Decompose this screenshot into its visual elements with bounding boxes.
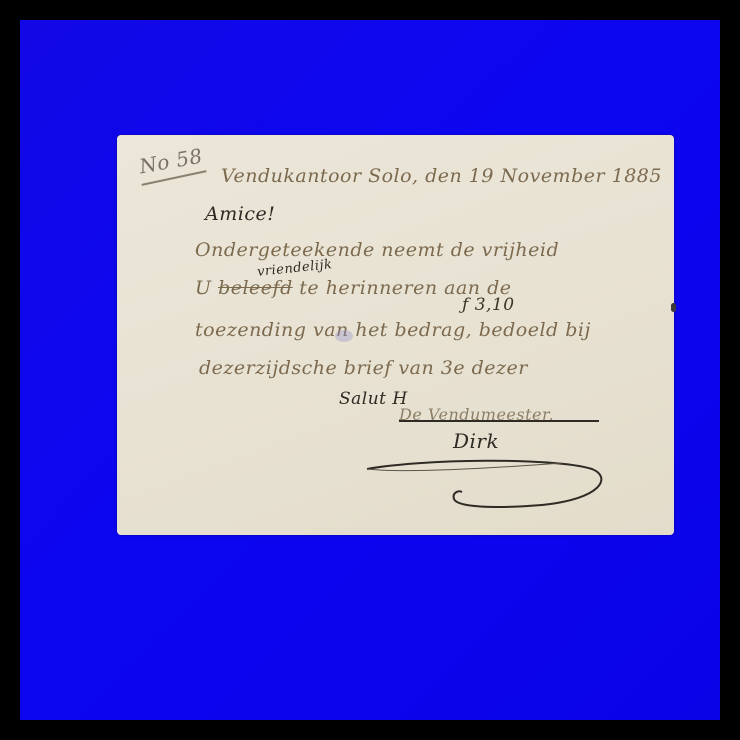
closing: Salut H <box>339 389 408 409</box>
salutation: Amice! <box>205 203 275 225</box>
signature: Dirk <box>453 429 499 453</box>
body-line-1: Ondergeteekende neemt de vrijheid <box>195 239 559 261</box>
signature-flourish <box>362 457 612 517</box>
struck-word: beleefd <box>218 277 293 299</box>
ink-blot <box>335 330 353 342</box>
postcard: No 58 Vendukantoor Solo, den 19 November… <box>117 135 674 535</box>
edge-mark <box>671 303 676 312</box>
heading-place-date: Vendukantoor Solo, den 19 November 1885 <box>221 165 662 187</box>
body-line-4: dezerzijdsche brief van 3e dezer <box>199 357 528 379</box>
blue-backdrop: No 58 Vendukantoor Solo, den 19 November… <box>20 20 720 720</box>
body-line-3: toezending van het bedrag, bedoeld bij <box>195 319 591 341</box>
strike-line <box>399 420 599 422</box>
amount-insert: ƒ 3,10 <box>462 295 515 315</box>
